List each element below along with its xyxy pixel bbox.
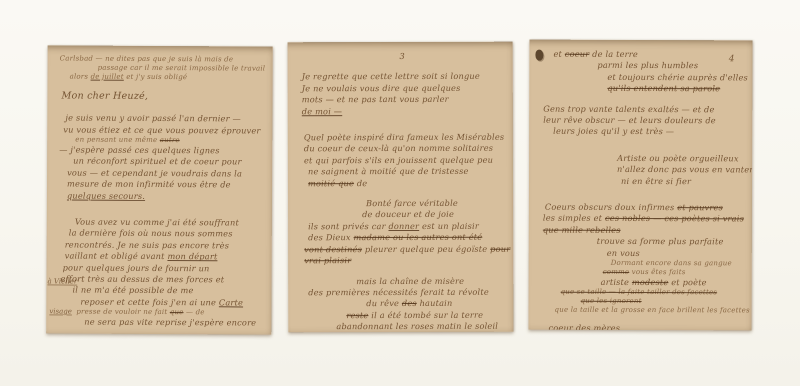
letter-line: 3 <box>300 51 505 63</box>
margin-note: à Vieller <box>47 277 77 285</box>
letter-line: Je regrette que cette lettre soit si lon… <box>302 71 505 83</box>
letter-line: de douceur et de joie <box>362 209 505 221</box>
letter-line: vrai plaisir <box>304 255 505 267</box>
letter-line: Je ne voulais vous dire que quelques <box>302 83 505 95</box>
letter-line: reste il a été tombé sur la terre <box>346 309 505 321</box>
letter-line: des Dieux madame ou les autres ont été <box>308 232 505 244</box>
letter-line: du rêve des hautain <box>366 298 505 310</box>
letter-line: quelques secours. <box>67 190 264 202</box>
letter-line: du coeur de ceux-là qu'on nomme solitair… <box>304 143 505 155</box>
letter-line: ne sera pas vite reprise j'espère encore <box>84 317 263 329</box>
letter-line: artiste modeste et poète <box>601 277 744 289</box>
letter-line: la dernière fois où nous nous sommes <box>69 228 264 240</box>
letter-line: qu'ils entendent sa parole <box>607 83 744 95</box>
framed-letter-photo: Carlsbad — ne dites pas que je suis là m… <box>0 0 800 386</box>
letter-line: ne saignent à moitié que de tristesse <box>308 166 505 178</box>
letter-line: mots — et ne pas tant vous parler <box>302 94 505 106</box>
letter-line: trouve sa forme plus parfaite <box>597 236 744 248</box>
letter-line: en vous <box>607 248 744 260</box>
page-2-lines: 3Je regrette que cette lettre soit si lo… <box>288 42 514 333</box>
letter-line: mais la chaîne de misère <box>356 275 505 287</box>
letter-line: parmi les plus humbles <box>597 60 744 72</box>
letter-line: Bonté farce véritable <box>366 198 505 210</box>
letter-line: de moi — <box>302 105 505 117</box>
letter-line: et toujours chérie auprès d'elles <box>607 72 744 84</box>
letter-line: vont destinés pleurer quelque peu égoïst… <box>304 243 505 255</box>
letter-page-2: 3Je regrette que cette lettre soit si lo… <box>288 42 514 333</box>
page-1-lines: Carlsbad — ne dites pas que je suis là m… <box>46 45 273 334</box>
letter-line: leur rêve obscur — et leurs douleurs de <box>543 115 744 127</box>
letter-line: les simples et ces nobles — ces poètes s… <box>543 213 744 225</box>
letter-line: reposer et cette fois j'en ai une Carte <box>80 296 263 308</box>
letter-page-1: Carlsbad — ne dites pas que je suis là m… <box>46 45 273 334</box>
letter-line: et qui parfois s'ils en jouissent quelqu… <box>304 155 505 167</box>
margin-note: visage <box>49 307 72 315</box>
letter-line: un réconfort spirituel et de coeur pour <box>73 156 264 168</box>
letter-line: coeur des mères <box>548 323 743 330</box>
letter-line: Quel poète inspiré dira fameux les Misér… <box>304 132 505 144</box>
letter-line: alors de juillet et j'y suis obligé <box>70 72 265 82</box>
letter-line: ni en être si fier <box>621 176 744 188</box>
letter-line: Artiste ou poète orgueilleux <box>617 153 744 165</box>
letter-line: il ne m'a été possible de me <box>72 285 263 297</box>
letter-line: Gens trop vante talents exaltés — et de <box>543 103 744 115</box>
letter-line: abandonnant les roses matin le soleil <box>336 321 505 332</box>
letter-line: leurs joies qu'il y est très — <box>553 126 744 138</box>
letter-line: des premières nécessités ferait ta révol… <box>308 287 505 299</box>
letter-line: moitié que de <box>308 177 505 189</box>
page-3-lines: et coeur de la terreparmi les plus humbl… <box>528 40 752 331</box>
letter-line: que la taille et la grosse en face brill… <box>555 305 744 314</box>
letter-page-3: 4 et coeur de la terreparmi les plus hum… <box>528 40 752 331</box>
letter-line: Coeurs obscurs doux infirmes et pauvres <box>545 202 744 214</box>
letter-line: et coeur de la terre <box>553 49 744 61</box>
letter-line: que mille rebelles <box>543 225 744 237</box>
letter-line: Vous avez vu comme j'ai été souffrant <box>75 217 264 229</box>
letter-line: Mon cher Heuzé, <box>61 90 264 105</box>
letter-line: ils sont privés car donner est un plaisi… <box>308 221 505 233</box>
letter-line: n'allez donc pas vous en vanter <box>617 164 744 176</box>
